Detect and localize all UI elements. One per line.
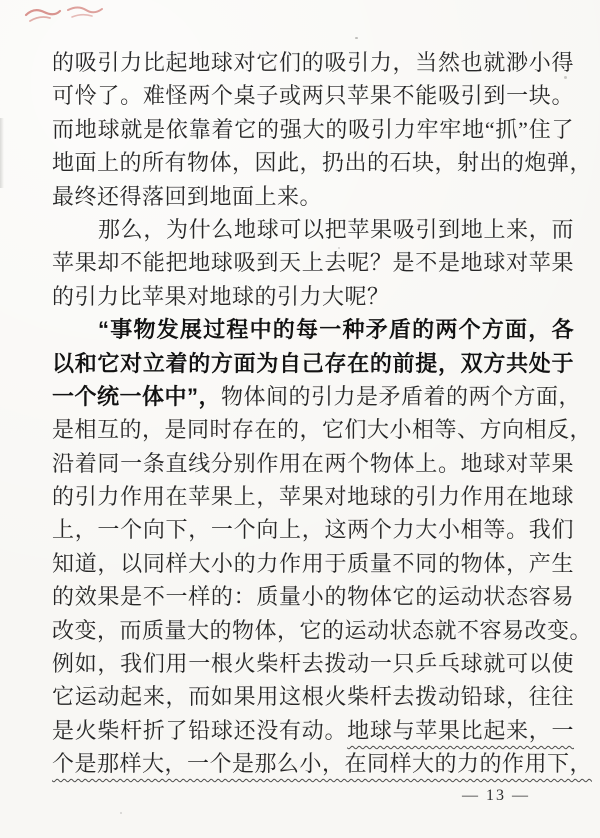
text-line: 知道，以同样大小的力作用于质量不同的物体，产生 <box>52 547 574 580</box>
bold-quote-text: 一个统一体中”， <box>52 384 221 409</box>
text-line: 最终还得落回到地面上来。 <box>52 180 574 213</box>
book-page: 的吸引力比起地球对它们的吸引力，当然也就渺小得可怜了。难怪两个桌子或两只苹果不能… <box>0 0 600 838</box>
body-text: 上，一个向下，一个向上，这两个力大小相等。我们 <box>52 517 574 542</box>
text-line: 的引力作用在苹果上，苹果对地球的引力作用在地球 <box>52 480 574 513</box>
text-line: 例如，我们用一根火柴杆去拨动一只乒乓球就可以使 <box>52 647 574 680</box>
body-text: 的引力作用在苹果上，苹果对地球的引力作用在地球 <box>52 484 574 509</box>
wavy-underlined-text: 地球与苹果比起来，一 <box>347 718 574 743</box>
body-text: 的引力比苹果对地球的引力大呢？ <box>52 284 390 309</box>
red-pen-scribble-mark <box>20 1 110 29</box>
text-line: 那么，为什么地球可以把苹果吸引到地上来，而 <box>52 213 574 246</box>
body-text: 最终还得落回到地面上来。 <box>52 184 322 209</box>
text-line: 地面上的所有物体，因此，扔出的石块，射出的炮弹， <box>52 146 574 179</box>
body-text: 苹果却不能把地球吸到天上去呢？是不是地球对苹果 <box>52 250 574 275</box>
body-text: 是火柴杆折了铅球还没有动。 <box>52 718 347 743</box>
text-line: 苹果却不能把地球吸到天上去呢？是不是地球对苹果 <box>52 246 574 279</box>
body-text: 改变，而质量大的物体，它的运动状态就不容易改变。 <box>52 618 592 643</box>
text-block: 的吸引力比起地球对它们的吸引力，当然也就渺小得可怜了。难怪两个桌子或两只苹果不能… <box>52 46 574 781</box>
body-text: 它运动起来，而如果用这根火柴杆去拨动铅球，往往 <box>52 684 574 709</box>
scan-speckle <box>564 76 567 79</box>
body-text: 的效果是不一样的：质量小的物体它的运动状态容易 <box>52 584 574 609</box>
body-text: 地面上的所有物体，因此，扔出的石块，射出的炮弹， <box>52 150 592 175</box>
wavy-underlined-text: 个是那样大，一个是那么小，在同样大的力的作用下， <box>52 751 592 776</box>
body-text: 可怜了。难怪两个桌子或两只苹果不能吸引到一块。 <box>52 83 574 108</box>
body-text: 而地球就是依靠着它的强大的吸引力牢牢地“抓”住了 <box>52 117 574 142</box>
scan-speckle <box>355 37 358 39</box>
text-line: 而地球就是依靠着它的强大的吸引力牢牢地“抓”住了 <box>52 113 574 146</box>
text-line: 是相互的，是同时存在的，它们大小相等、方向相反， <box>52 413 574 446</box>
bold-quote-text: 以和它对立着的方面为自己存在的前提，双方共处于 <box>52 351 574 376</box>
text-line: 它运动起来，而如果用这根火柴杆去拨动铅球，往往 <box>52 680 574 713</box>
text-line: 的效果是不一样的：质量小的物体它的运动状态容易 <box>52 580 574 613</box>
text-line: “事物发展过程中的每一种矛盾的两个方面，各 <box>52 313 574 346</box>
text-line: 上，一个向下，一个向上，这两个力大小相等。我们 <box>52 513 574 546</box>
body-text: 沿着同一条直线分别作用在两个物体上。地球对苹果 <box>52 451 574 476</box>
text-line: 的吸引力比起地球对它们的吸引力，当然也就渺小得 <box>52 46 574 79</box>
text-line: 是火柴杆折了铅球还没有动。地球与苹果比起来，一 <box>52 714 574 747</box>
scan-speckle <box>120 812 122 814</box>
body-text: 知道，以同样大小的力作用于质量不同的物体，产生 <box>52 551 574 576</box>
text-line: 改变，而质量大的物体，它的运动状态就不容易改变。 <box>52 614 574 647</box>
body-text: 那么，为什么地球可以把苹果吸引到地上来，而 <box>98 217 574 242</box>
text-line: 可怜了。难怪两个桌子或两只苹果不能吸引到一块。 <box>52 79 574 112</box>
text-line: 个是那样大，一个是那么小，在同样大的力的作用下， <box>52 747 574 780</box>
bold-quote-text: “事物发展过程中的每一种矛盾的两个方面，各 <box>98 317 574 342</box>
text-line: 一个统一体中”，物体间的引力是矛盾着的两个方面， <box>52 380 574 413</box>
text-line: 以和它对立着的方面为自己存在的前提，双方共处于 <box>52 347 574 380</box>
body-text: 的吸引力比起地球对它们的吸引力，当然也就渺小得 <box>52 50 574 75</box>
body-text: 物体间的引力是矛盾着的两个方面， <box>221 384 581 409</box>
scan-edge-smudge <box>0 118 4 188</box>
body-text: 例如，我们用一根火柴杆去拨动一只乒乓球就可以使 <box>52 651 574 676</box>
text-line: 沿着同一条直线分别作用在两个物体上。地球对苹果 <box>52 447 574 480</box>
page-number: — 13 — <box>462 787 572 805</box>
body-text: 是相互的，是同时存在的，它们大小相等、方向相反， <box>52 417 592 442</box>
scan-speckle <box>338 247 340 249</box>
text-line: 的引力比苹果对地球的引力大呢？ <box>52 280 574 313</box>
